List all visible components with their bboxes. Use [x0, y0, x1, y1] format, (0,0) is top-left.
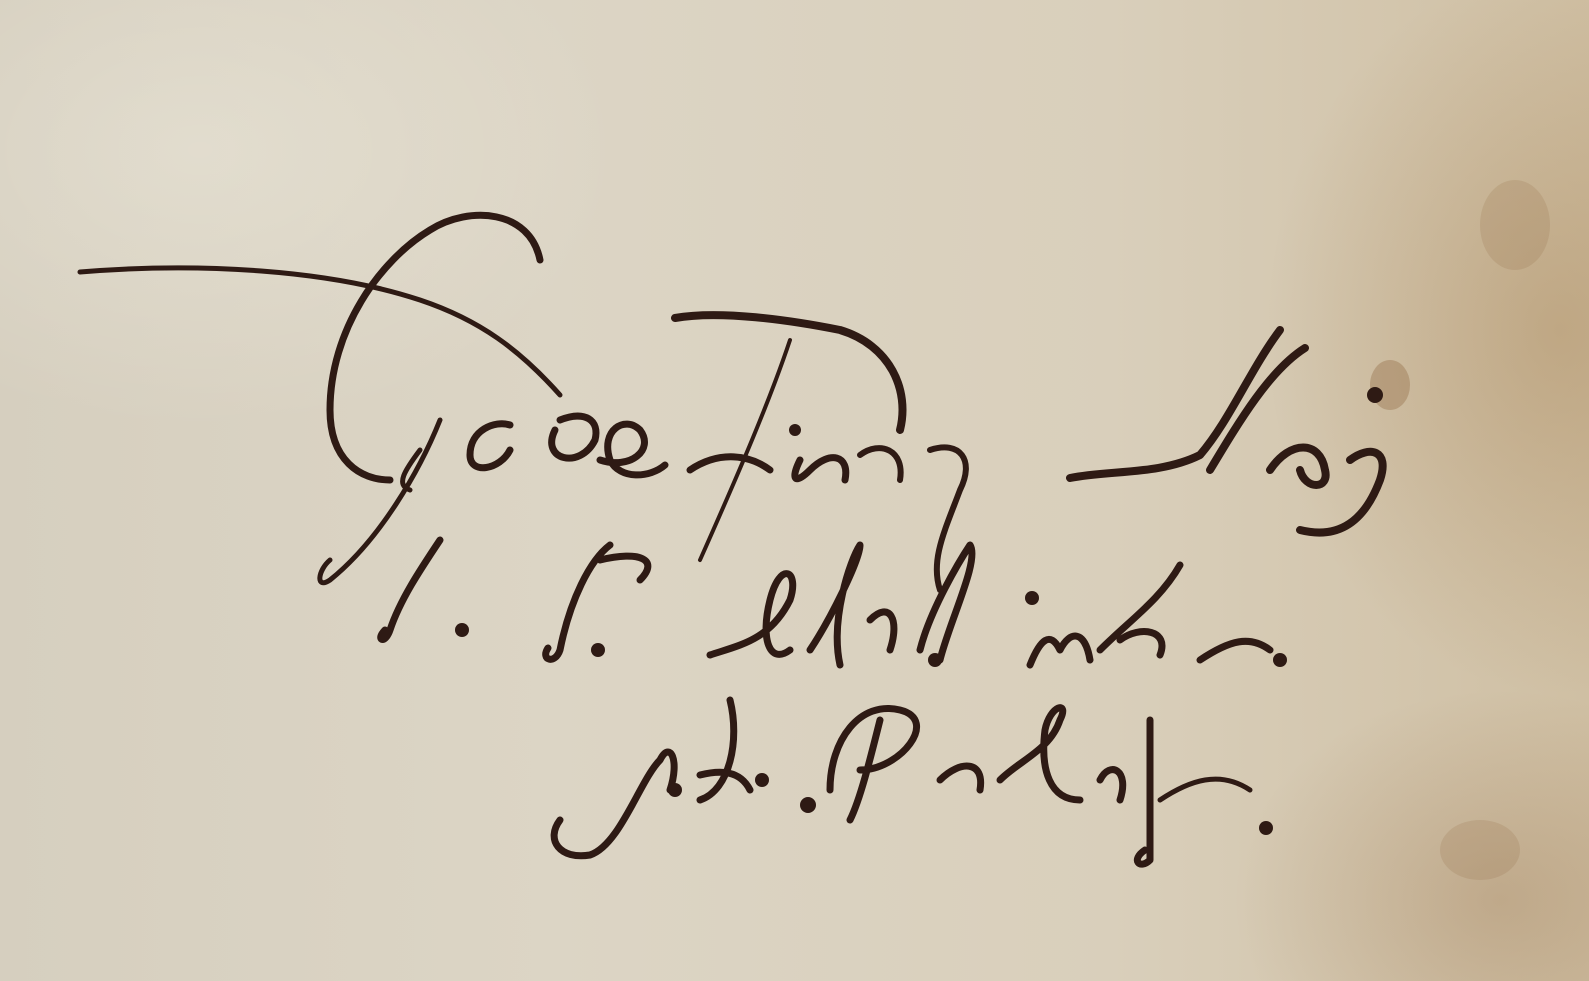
handwriting-line-2: [381, 540, 1287, 667]
manuscript-page: Godefridus Maij S. J. Schol. inscr. p. t…: [0, 0, 1589, 981]
handwriting-word-maij: [1070, 330, 1383, 533]
handwriting-ink: [0, 0, 1589, 981]
handwriting-line-3: [554, 700, 1273, 864]
handwriting-line-1: [80, 215, 966, 590]
